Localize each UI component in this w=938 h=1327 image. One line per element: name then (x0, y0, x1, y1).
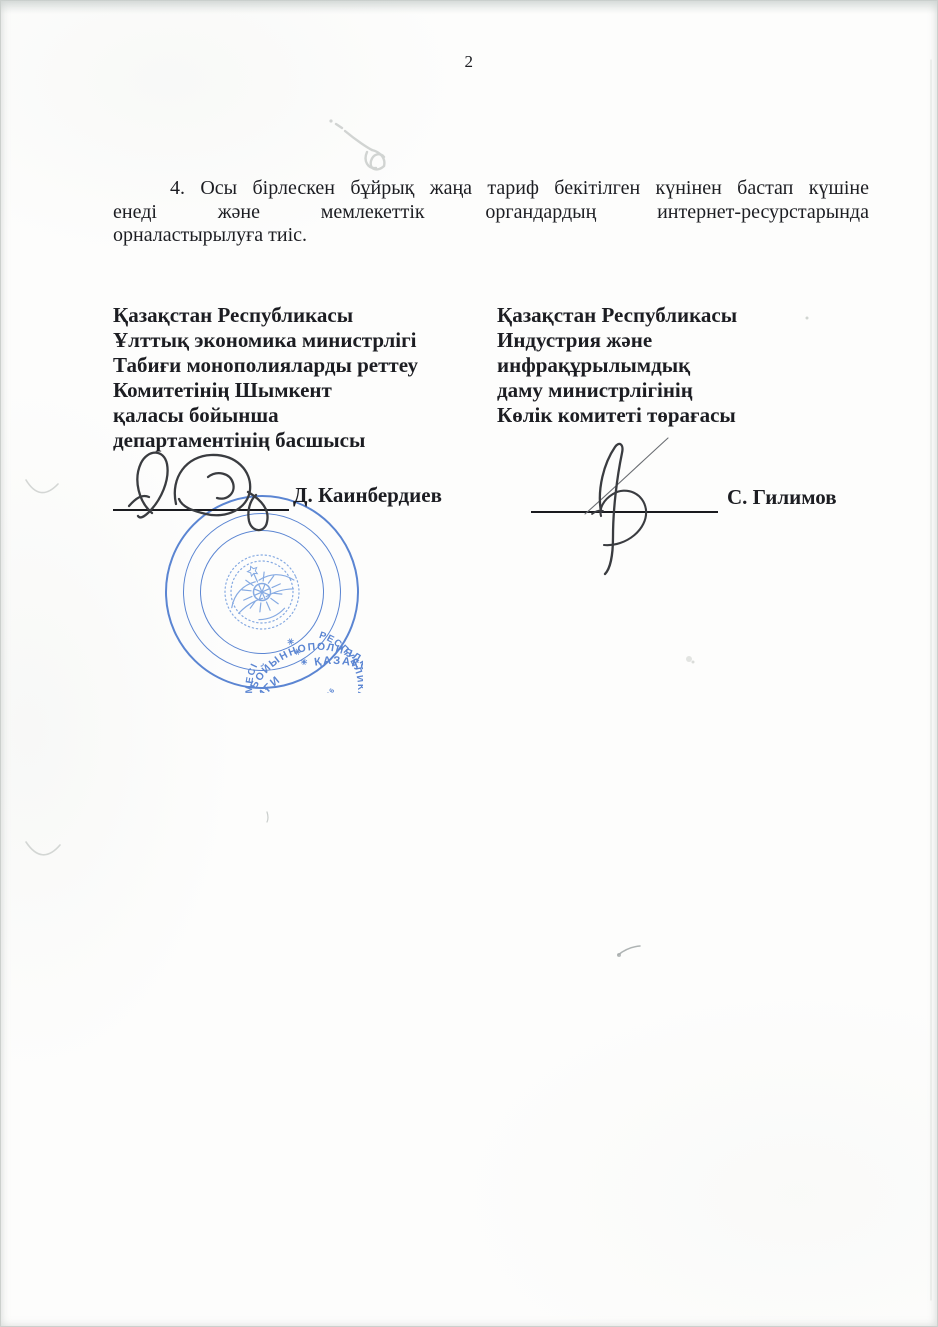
title-line: Ұлттық экономика министрлігі (113, 328, 488, 353)
body-paragraph: 4. Осы бірлескен бұйрық жаңа тариф бекіт… (113, 177, 869, 248)
paragraph-line: орналастырылуға тиіс. (113, 224, 869, 248)
coat-of-arms-emblem (213, 543, 311, 641)
signature-line-right (531, 511, 718, 513)
signature-line-left (113, 509, 289, 511)
paragraph-line: енеді және мемлекеттік органдардың интер… (113, 201, 869, 225)
paragraph-line: 4. Осы бірлескен бұйрық жаңа тариф бекіт… (113, 177, 869, 201)
speck-mark (686, 656, 695, 664)
title-line: Индустрия және (497, 328, 817, 353)
scan-edge-shadow (0, 0, 938, 14)
signatory-left-title: Қазақстан Республикасы Ұлттық экономика … (113, 303, 488, 452)
edge-arc-mark (26, 480, 58, 493)
tick-mark (617, 946, 640, 957)
title-line: Комитетінің Шымкент (113, 378, 488, 403)
stamp-registration-number: 90840013803 (284, 685, 338, 693)
title-line: Табиғи монополияларды реттеу (113, 353, 488, 378)
title-line: инфрақұрылымдық (497, 353, 817, 378)
title-line: Көлік комитеті төрағасы (497, 403, 817, 428)
title-line: Қазақстан Республикасы (113, 303, 488, 328)
title-line: даму министрлігінің (497, 378, 817, 403)
edge-arc-mark (26, 842, 60, 855)
signatory-right-name: С. Гилимов (727, 485, 837, 510)
signatory-left-name: Д. Каинбердиев (293, 483, 442, 508)
signature-right-ink (585, 438, 668, 574)
smudge-mark (329, 119, 384, 169)
speck-mark (267, 812, 268, 822)
title-line: Қазақстан Республикасы (497, 303, 817, 328)
scanned-document-page: 2 4. Осы бірлескен бұйрық жаңа тариф бек… (0, 0, 938, 1327)
signatory-right-title: Қазақстан Республикасы Индустрия және ин… (497, 303, 817, 428)
title-line: қаласы бойынша (113, 403, 488, 428)
page-number: 2 (0, 52, 938, 72)
title-line: департаментінің басшысы (113, 428, 488, 453)
stamp-star-separator: ✳ (299, 656, 310, 668)
official-stamp: ҚАЗАҚСТАН РЕСПУБЛИКАСЫ ҰЛТТЫҚ ЭКОНОМИКА … (161, 491, 363, 693)
svg-text:90840013803: 90840013803 (284, 685, 338, 693)
